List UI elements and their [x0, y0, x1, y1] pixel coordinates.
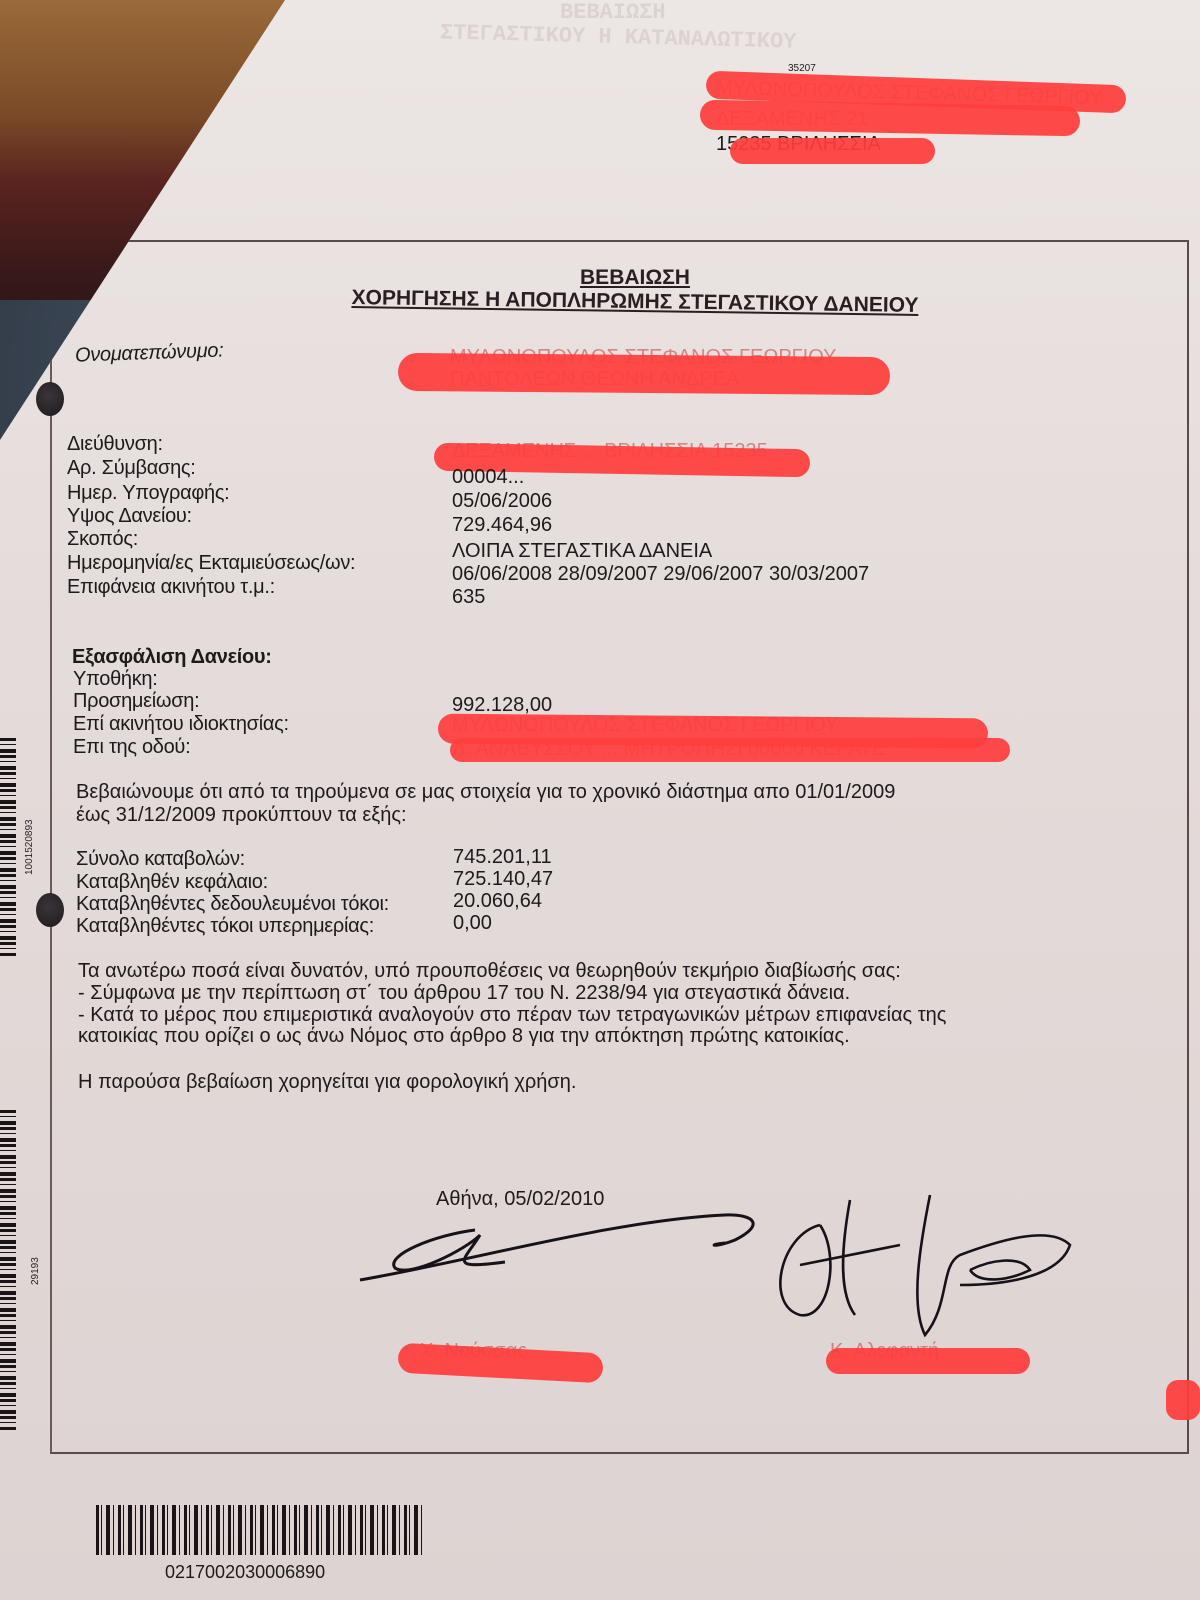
total-label-payments: Σύνολο καταβολών:: [76, 848, 245, 871]
total-value-accrued-interest: 20.060,64: [453, 890, 542, 913]
field-label-address: Διεύθυνση:: [67, 433, 163, 456]
redaction-mark: [1166, 1380, 1200, 1420]
field-label-sign-date: Ημερ. Υπογραφής:: [67, 482, 229, 505]
field-value-sign-date: 05/06/2006: [452, 490, 552, 513]
field-value-loan-amount: 729.464,96: [452, 514, 552, 537]
note-line-4: κατοικίας που ορίζει ο ως άνω Νόμος στο …: [78, 1025, 850, 1048]
field-value-contract: 00004...: [452, 466, 524, 489]
field-value-purpose: ΛΟΙΠΑ ΣΤΕΓΑΣΤΙΚΑ ΔΑΝΕΙΑ: [452, 540, 712, 563]
security-label-street: Επι της οδού:: [73, 736, 190, 759]
redaction-mark: [450, 738, 1010, 762]
field-value-area: 635: [452, 586, 485, 609]
total-label-default-interest: Καταβληθέντες τόκοι υπερημερίας:: [76, 915, 374, 938]
field-value-disbursement-dates: 06/06/2008 28/09/2007 29/06/2007 30/03/2…: [452, 563, 869, 586]
field-label-loan-amount: Υψος Δανείου:: [67, 505, 192, 528]
security-heading: Εξασφάλιση Δανείου:: [72, 646, 272, 669]
signature-left: [355, 1200, 775, 1290]
security-label-mortgage: Υποθήκη:: [73, 668, 158, 691]
document-page: ΒΕΒΑΙΩΣΗ ΣΤΕΓΑΣΤΙΚΟΥ Η ΚΑΤΑΝΑΛΩΤΙΚΟΥ 352…: [0, 0, 1200, 1600]
punch-hole: [36, 382, 64, 416]
field-label-area: Επιφάνεια ακινήτου τ.μ.:: [67, 576, 275, 599]
side-barcode-bottom-number: 29193: [30, 1257, 41, 1285]
total-value-payments: 745.201,11: [453, 846, 552, 869]
redaction-mark: [730, 138, 935, 164]
total-label-accrued-interest: Καταβληθέντες δεδουλευμένοι τόκοι:: [76, 893, 389, 916]
total-value-principal: 725.140,47: [453, 868, 553, 891]
security-label-property-owner: Επί ακινήτου ιδιοκτησίας:: [73, 713, 289, 736]
bottom-barcode: [96, 1505, 426, 1555]
note-line-3: - Κατά το μέρος που επιμεριστικά αναλογο…: [78, 1004, 946, 1027]
side-barcode-top-number: 1001520893: [24, 819, 35, 875]
purpose-statement: Η παρούσα βεβαίωση χορηγείται για φορολο…: [78, 1071, 576, 1094]
field-label-contract: Αρ. Σύμβασης:: [67, 457, 195, 480]
note-line-2: - Σύμφωνα με την περίπτωση στ΄ του άρθρο…: [78, 982, 850, 1005]
note-line-1: Τα ανωτέρω ποσά είναι δυνατόν, υπό προυπ…: [78, 960, 901, 983]
bleed-through-subtitle: ΣΤΕΓΑΣΤΙΚΟΥ Η ΚΑΤΑΝΑΛΩΤΙΚΟΥ: [440, 20, 797, 54]
field-label-disbursement-dates: Ημερομηνία/ες Εκταμιεύσεως/ων:: [67, 552, 355, 575]
statement-line-1: Βεβαιώνουμε ότι από τα τηρούμενα σε μας …: [76, 781, 895, 804]
side-barcode-top: [0, 738, 16, 956]
bottom-barcode-number: 0217002030006890: [165, 1562, 325, 1583]
total-label-principal: Καταβληθέν κεφάλαιο:: [76, 871, 268, 894]
side-barcode-bottom: [0, 1110, 16, 1430]
statement-line-2: έως 31/12/2009 προκύπτουν τα εξής:: [76, 804, 407, 827]
redaction-mark: [826, 1348, 1030, 1374]
signature-right: [760, 1185, 1080, 1345]
redaction-mark: [398, 353, 890, 395]
field-label-purpose: Σκοπός:: [67, 528, 138, 551]
bleed-through-title: ΒΕΒΑΙΩΣΗ: [560, 0, 666, 25]
security-label-prenotation: Προσημείωση:: [73, 690, 199, 713]
total-value-default-interest: 0,00: [453, 912, 492, 935]
punch-hole: [36, 893, 64, 927]
